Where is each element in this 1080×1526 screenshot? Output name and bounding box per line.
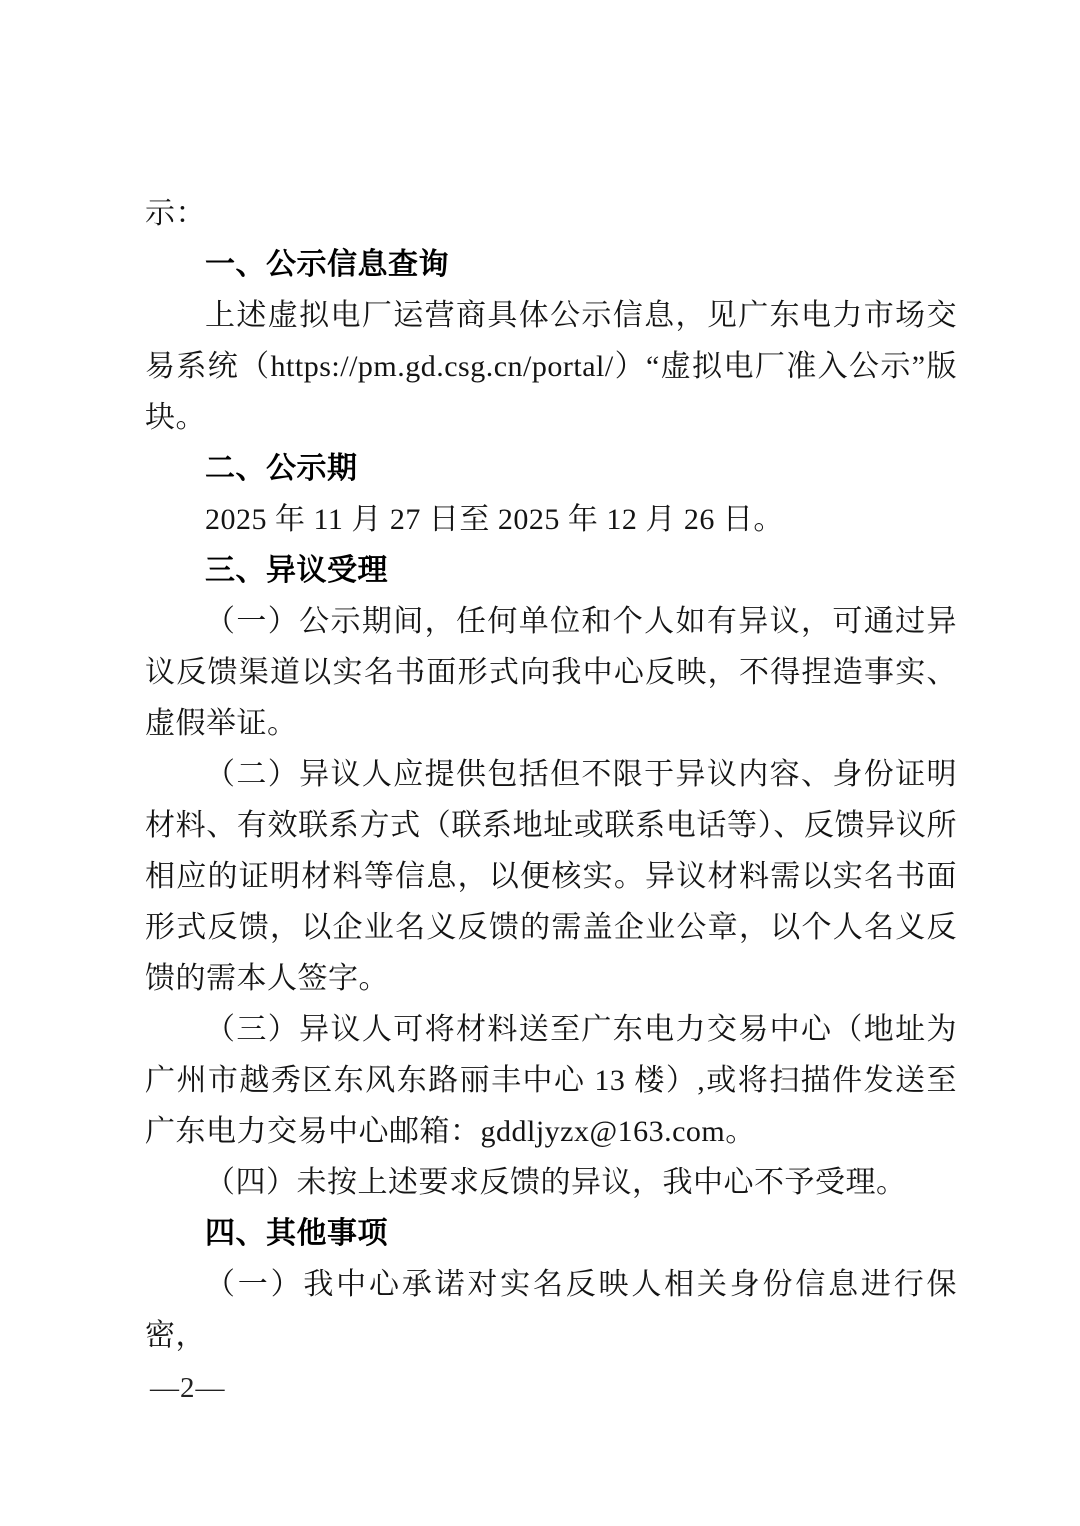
paragraph-objection-item-3: （三）异议人可将材料送至广东电力交易中心（地址为广州市越秀区东风东路丽丰中心 1… xyxy=(145,1004,957,1157)
document-page: 示： 一、公示信息查询 上述虚拟电厂运营商具体公示信息，见广东电力市场交易系统（… xyxy=(0,0,1080,1526)
continuation-line: 示： xyxy=(145,188,957,239)
paragraph-publicity-period-dates: 2025 年 11 月 27 日至 2025 年 12 月 26 日。 xyxy=(145,494,957,545)
section-heading-3-objection-handling: 三、异议受理 xyxy=(145,545,957,596)
paragraph-public-info-query: 上述虚拟电厂运营商具体公示信息，见广东电力市场交易系统（https://pm.g… xyxy=(145,290,957,443)
section-heading-4-other-matters: 四、其他事项 xyxy=(145,1208,957,1259)
paragraph-objection-item-4: （四）未按上述要求反馈的异议，我中心不予受理。 xyxy=(145,1157,957,1208)
paragraph-objection-item-2: （二）异议人应提供包括但不限于异议内容、身份证明材料、有效联系方式（联系地址或联… xyxy=(145,749,957,1004)
page-number: —2— xyxy=(150,1368,226,1408)
paragraph-objection-item-1: （一）公示期间，任何单位和个人如有异议，可通过异议反馈渠道以实名书面形式向我中心… xyxy=(145,596,957,749)
paragraph-other-matters-item-1: （一）我中心承诺对实名反映人相关身份信息进行保密， xyxy=(145,1259,957,1361)
section-heading-1-public-info-query: 一、公示信息查询 xyxy=(145,239,957,290)
section-heading-2-publicity-period: 二、公示期 xyxy=(145,443,957,494)
document-body: 示： 一、公示信息查询 上述虚拟电厂运营商具体公示信息，见广东电力市场交易系统（… xyxy=(145,188,957,1361)
